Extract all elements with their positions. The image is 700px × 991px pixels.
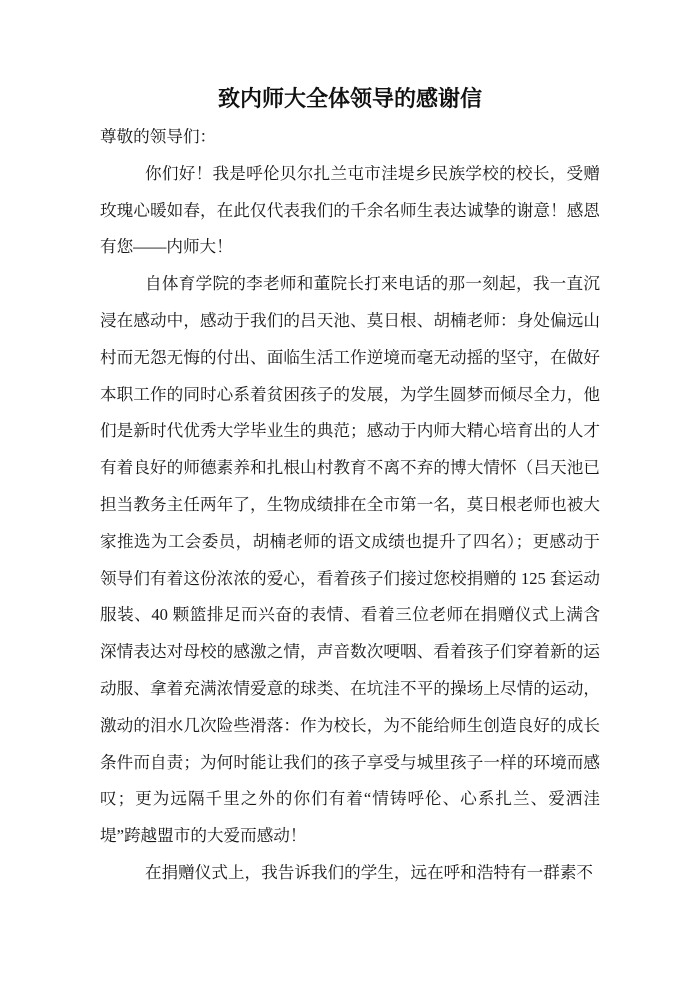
salutation: 尊敬的领导们： xyxy=(100,119,600,156)
paragraph-ceremony: 在捐赠仪式上，我告诉我们的学生，远在呼和浩特有一群素不 xyxy=(100,855,600,892)
document-title: 致内师大全体领导的感谢信 xyxy=(0,84,700,114)
letter-body: 尊敬的领导们： 你们好！我是呼伦贝尔扎兰屯市洼堤乡民族学校的校长，受赠玫瑰心暖如… xyxy=(100,119,600,892)
paragraph-gratitude-details: 自体育学院的李老师和董院长打来电话的那一刻起，我一直沉浸在感动中，感动于我们的吕… xyxy=(100,266,600,855)
document-page: 致内师大全体领导的感谢信 尊敬的领导们： 你们好！我是呼伦贝尔扎兰屯市洼堤乡民族… xyxy=(0,0,700,991)
paragraph-greeting: 你们好！我是呼伦贝尔扎兰屯市洼堤乡民族学校的校长，受赠玫瑰心暖如春，在此仅代表我… xyxy=(100,156,600,266)
